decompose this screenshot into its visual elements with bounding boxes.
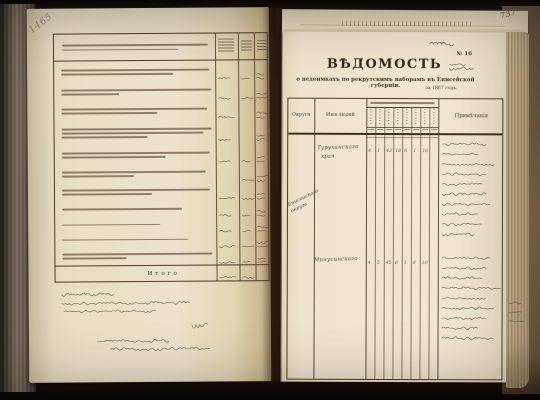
print-line: [62, 175, 134, 177]
print-line: [61, 94, 119, 96]
ledger-row: [54, 82, 267, 101]
subcolumn-group: [288, 99, 502, 100]
signature-block: [59, 283, 264, 354]
handwritten-note-paragraph: [440, 255, 500, 352]
totals-row: Итого: [55, 264, 268, 283]
left-ledger-table: Итого: [53, 32, 270, 282]
header-col2-text: [241, 40, 252, 51]
print-text: [55, 171, 213, 178]
subheader-number: [386, 129, 392, 130]
right-page: № 16 ВѢДОМОСТЬ о недоимкахъ по рекрутски…: [280, 32, 508, 383]
handwritten-note-paragraph: [441, 141, 501, 248]
subcolumn-rule: [428, 107, 430, 379]
pencil-folio-number: 1465: [27, 12, 55, 36]
vertical-header-text: [370, 109, 372, 124]
print-text: [55, 223, 213, 226]
subcolumn-rule: [392, 107, 394, 379]
subcolumn-rule: [419, 107, 421, 379]
subcolumn-rule: [374, 107, 376, 379]
handwritten-figures: 4143186116: [366, 149, 440, 157]
left-table-rows: [54, 60, 268, 265]
figure-value: 18: [395, 149, 401, 154]
figure-value: 16: [422, 149, 428, 154]
print-text: [54, 89, 212, 96]
subheader-number: [413, 129, 419, 130]
print-line: [62, 136, 148, 138]
print-line: [62, 253, 212, 256]
print-text: [55, 238, 213, 241]
vertical-header-text: [424, 109, 426, 124]
print-line: [61, 108, 207, 111]
district-entry: Енисейскаго округа: [287, 188, 323, 214]
header-bottom-rule: [288, 133, 502, 136]
print-line: [62, 208, 182, 211]
page-edge-stack: [506, 32, 529, 388]
print-text: [54, 69, 212, 76]
vertical-header-text: [388, 109, 390, 124]
ledger-row: [55, 144, 268, 165]
vertical-header-text: [415, 109, 417, 124]
right-register-table: Округи Имя людей Примѣчанія Туруханскаго…: [286, 98, 503, 381]
column-rule: [437, 99, 439, 379]
vertical-header-text: [433, 109, 435, 124]
print-line: [62, 171, 206, 174]
row-entry-name: края: [321, 154, 334, 160]
document-year-line: за 1867 годъ.: [400, 86, 482, 91]
archival-photo: 1465 Итого: [0, 0, 540, 400]
ledger-row: [54, 100, 267, 121]
print-text: [55, 253, 213, 260]
print-text: [55, 189, 213, 196]
print-line: [62, 189, 210, 192]
ledger-row: [55, 164, 268, 183]
subcolumn-rule: [383, 107, 385, 379]
left-page: 1465 Итого: [27, 7, 272, 383]
print-line: [62, 48, 178, 50]
handwritten-figures: 454561810: [366, 261, 440, 269]
figure-value: 43: [386, 149, 392, 154]
print-text: [55, 152, 213, 159]
print-line: [61, 112, 157, 114]
figure-value: 5: [377, 261, 380, 266]
ledger-row: [55, 182, 268, 201]
subcolumn-rule: [410, 107, 412, 379]
left-table-header: [54, 33, 267, 61]
print-line: [62, 152, 210, 155]
column-tick-marks: [342, 21, 472, 27]
print-line: [62, 43, 208, 46]
ledger-row: [54, 120, 267, 145]
figure-value: 6: [395, 261, 398, 266]
header-col1-text: [218, 38, 234, 53]
handwritten-signature: [109, 340, 261, 360]
header-description-cell: [54, 34, 212, 61]
figure-value: 1: [413, 149, 416, 154]
column-rule: [313, 99, 315, 379]
subheader-number: [368, 129, 374, 130]
ledger-row: [55, 231, 268, 247]
subheader-number: [431, 129, 437, 130]
document-title: ВѢДОМОСТЬ: [282, 57, 486, 73]
print-line: [62, 257, 126, 259]
print-line: [61, 69, 209, 72]
figure-value: 8: [413, 261, 416, 266]
subheader-number: [404, 129, 410, 130]
ledger-row: [54, 60, 267, 83]
print-line: [62, 193, 152, 195]
print-line: [61, 89, 211, 92]
figure-value: 1: [404, 261, 407, 266]
ledger-row: [55, 216, 268, 232]
figure-value: 1: [377, 149, 380, 154]
subcolumn-rule: [401, 107, 403, 379]
vertical-header-text: [379, 109, 381, 124]
print-line: [62, 238, 188, 241]
totals-label: Итого: [148, 271, 180, 277]
row-entry-name: Туруханскаго: [317, 144, 359, 151]
subheader-number: [422, 129, 428, 130]
district-column-header: Округи: [288, 113, 314, 118]
group-header-text: [370, 102, 434, 104]
print-text: [55, 208, 213, 211]
row-entry-name: Минусинскаго: [314, 256, 358, 263]
vertical-header-text: [406, 109, 408, 124]
figure-value: 45: [386, 261, 392, 266]
vertical-header-text: [397, 109, 399, 124]
print-text: [54, 108, 212, 115]
column-rule: [365, 99, 367, 379]
pencil-scribble: [508, 300, 524, 334]
subheader-number: [395, 129, 401, 130]
ledger-row: [55, 200, 268, 217]
figure-value: 4: [368, 149, 371, 154]
figure-value: 4: [368, 261, 371, 266]
subheader-number: [377, 129, 383, 130]
print-line: [62, 156, 166, 158]
print-line: [61, 73, 173, 75]
print-line: [62, 127, 212, 130]
ledger-row: [55, 246, 268, 265]
figure-value: 6: [404, 149, 407, 154]
print-line: [62, 132, 204, 135]
figure-value: 10: [422, 261, 428, 266]
print-text: [55, 127, 213, 138]
sheet-folio-number: 737: [499, 8, 517, 22]
name-column-header: Имя людей: [314, 113, 366, 118]
notes-column-header: Примѣчанія: [438, 113, 504, 119]
header-col3-text: [257, 40, 266, 51]
print-line: [62, 224, 160, 226]
